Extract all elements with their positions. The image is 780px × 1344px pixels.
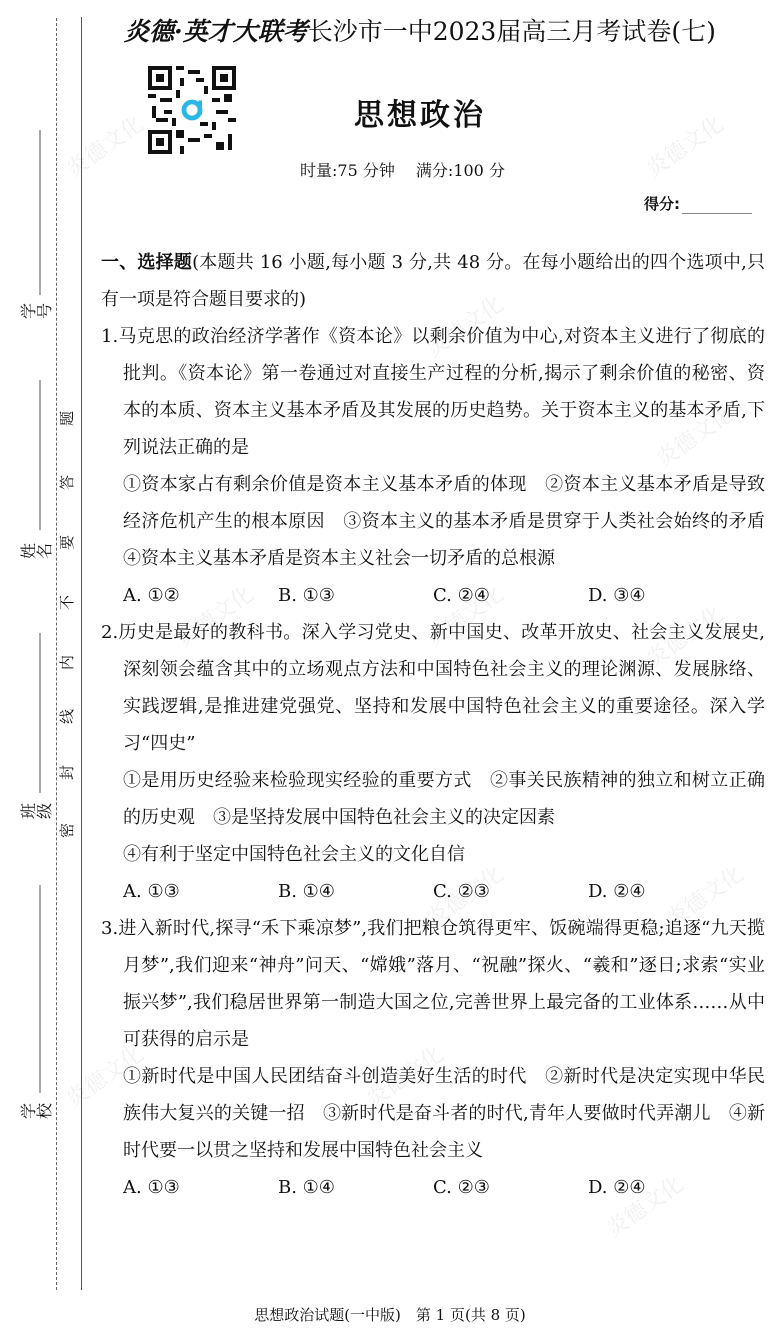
school-label: 学校 [20,1100,44,1122]
exam-title-rest: 长沙市一中2023届高三月考试卷(七) [308,17,716,46]
choice-d[interactable]: D. ②④ [588,873,743,910]
exam-brand: 炎德·英才大联考 [124,17,308,46]
choice-a[interactable]: A. ①③ [123,1169,278,1206]
answer-choices: A. ①② B. ①③ C. ②④ D. ③④ [101,577,765,614]
exam-title: 炎德·英才大联考长沙市一中2023届高三月考试卷(七) [124,12,764,48]
section-instructions: (本题共 16 小题,每小题 3 分,共 48 分。在每小题给出的四个选项中,只… [101,252,765,310]
name-label: 姓名 [20,540,44,562]
choice-a[interactable]: A. ①② [123,577,278,614]
score-field: 得分: [644,193,752,214]
section-title: 一、选择题 [101,252,192,273]
question-statements: ①是用历史经验来检验现实经验的重要方式 ②事关民族精神的独立和树立正确的历史观 … [101,762,765,836]
choice-b[interactable]: B. ①④ [278,873,433,910]
student-id-fill-line [39,130,41,295]
watermark: 炎德文化 [639,108,729,184]
school-fill-line [39,885,41,1093]
exam-time-and-score-info: 时量:75 分钟 满分:100 分 [300,158,505,181]
question-1: 1.马克思的政治经济学著作《资本论》以剩余价值为中心,对资本主义进行了彻底的批判… [101,318,765,614]
exam-content: 一、选择题(本题共 16 小题,每小题 3 分,共 48 分。在每小题给出的四个… [101,244,765,1206]
question-stem: 1.马克思的政治经济学著作《资本论》以剩余价值为中心,对资本主义进行了彻底的批判… [101,318,765,466]
question-3: 3.进入新时代,探寻“禾下乘凉梦”,我们把粮仓筑得更牢、饭碗端得更稳;追逐“九天… [101,910,765,1206]
score-blank[interactable] [682,199,752,214]
class-fill-line [39,633,41,793]
choice-b[interactable]: B. ①③ [278,577,433,614]
score-label: 得分: [644,195,680,213]
question-stem: 3.进入新时代,探寻“禾下乘凉梦”,我们把粮仓筑得更牢、饭碗端得更稳;追逐“九天… [101,910,765,1058]
choice-d[interactable]: D. ②④ [588,1169,743,1206]
question-statements: ①新时代是中国人民团结奋斗创造美好生活的时代 ②新时代是决定实现中华民族伟大复兴… [101,1058,765,1169]
choice-a[interactable]: A. ①③ [123,873,278,910]
question-statements-extra: ④有利于坚定中国特色社会主义的文化自信 [101,836,765,873]
choice-c[interactable]: C. ②④ [433,577,588,614]
question-stem: 2.历史是最好的教科书。深入学习党史、新中国史、改革开放史、社会主义发展史,深刻… [101,614,765,762]
subject-title: 思想政治 [320,90,520,134]
class-label: 班级 [20,800,44,822]
page-footer: 思想政治试题(一中版) 第 1 页(共 8 页) [0,1304,780,1325]
answer-choices: A. ①③ B. ①④ C. ②③ D. ②④ [101,1169,765,1206]
question-2: 2.历史是最好的教科书。深入学习党史、新中国史、改革开放史、社会主义发展史,深刻… [101,614,765,910]
watermark: 炎德文化 [59,108,149,184]
question-statements: ①资本家占有剩余价值是资本主义基本矛盾的体现 ②资本主义基本矛盾是导致经济危机产… [101,466,765,577]
answer-choices: A. ①③ B. ①④ C. ②③ D. ②④ [101,873,765,910]
student-id-label: 学号 [20,300,44,322]
section-header: 一、选择题(本题共 16 小题,每小题 3 分,共 48 分。在每小题给出的四个… [101,244,765,318]
choice-d[interactable]: D. ③④ [588,577,743,614]
choice-c[interactable]: C. ②③ [433,873,588,910]
margin-solid-line [81,17,82,1290]
choice-c[interactable]: C. ②③ [433,1169,588,1206]
qr-code-icon [148,66,236,154]
choice-b[interactable]: B. ①④ [278,1169,433,1206]
name-fill-line [39,380,41,530]
